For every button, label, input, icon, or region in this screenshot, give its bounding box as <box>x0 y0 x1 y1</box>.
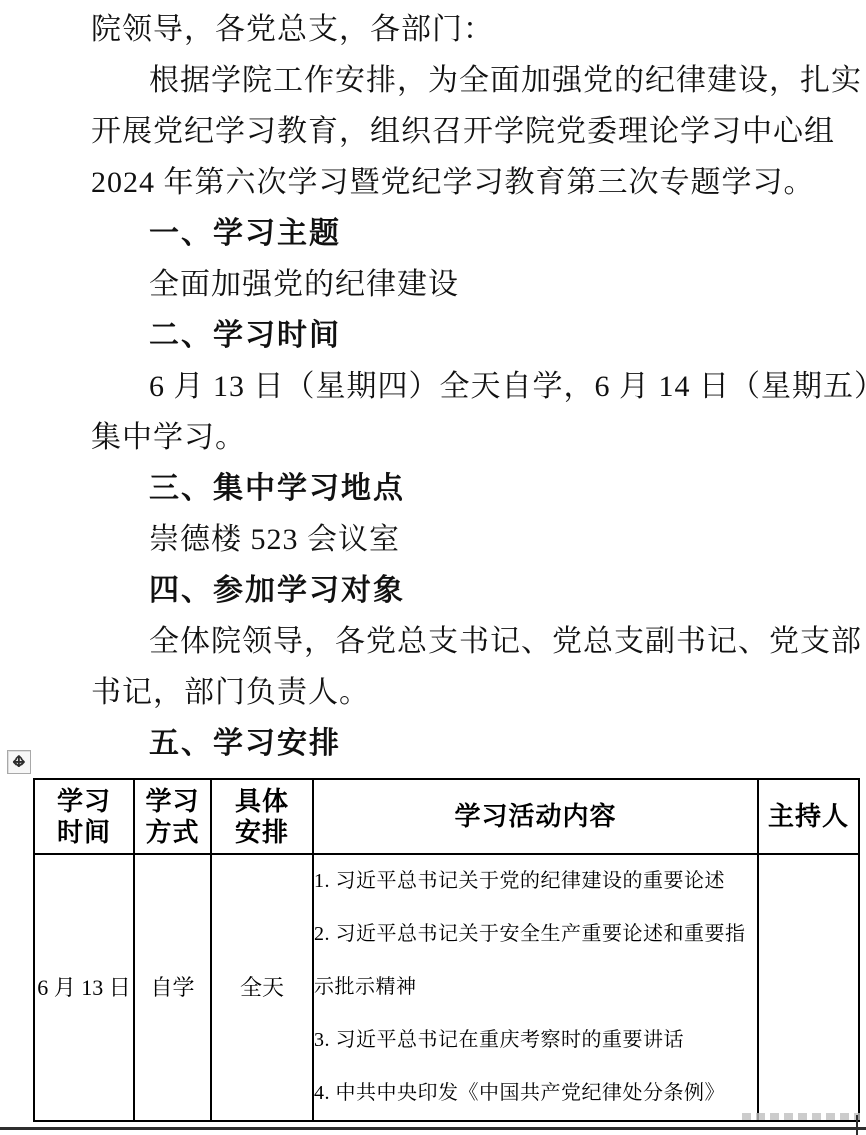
header-line: 安排 <box>212 817 312 848</box>
section-heading-participants: 四、参加学习对象 <box>91 565 831 616</box>
content-item: 4. 中共中央印发《中国共产党纪律处分条例》 <box>314 1067 757 1120</box>
section-body-line: 全体院领导，各党总支书记、党总支副书记、党支部 <box>91 616 831 667</box>
header-cell-method: 学习 方式 <box>134 779 211 854</box>
section-body-line: 全面加强党的纪律建设 <box>91 259 831 310</box>
cell-method: 自学 <box>134 854 211 1121</box>
learning-schedule-table: 学习 时间 学习 方式 具体 安排 学习活动内容 主持人 6 月 13 日 自学… <box>33 778 860 1122</box>
header-line: 主持人 <box>759 801 858 832</box>
section-heading-time: 二、学习时间 <box>91 310 831 361</box>
header-line: 学习活动内容 <box>314 801 757 832</box>
table-row: 6 月 13 日 自学 全天 1. 习近平总书记关于党的纪律建设的重要论述 2.… <box>34 854 859 1121</box>
section-heading-topic: 一、学习主题 <box>91 208 831 259</box>
cell-host <box>758 854 859 1121</box>
watermark-artifact <box>742 1113 860 1120</box>
header-line: 学习 <box>35 786 133 817</box>
header-line: 方式 <box>135 817 210 848</box>
section-body-line: 集中学习。 <box>91 412 831 463</box>
section-heading-schedule: 五、学习安排 <box>91 718 831 769</box>
section-heading-place: 三、集中学习地点 <box>91 463 831 514</box>
table-border-stub <box>856 1115 858 1135</box>
content-item: 2. 习近平总书记关于安全生产重要论述和重要指示批示精神 <box>314 908 757 1014</box>
cell-content: 1. 习近平总书记关于党的纪律建设的重要论述 2. 习近平总书记关于安全生产重要… <box>313 854 758 1121</box>
salutation-line: 院领导，各党总支，各部门： <box>91 4 831 55</box>
section-body-line: 6 月 13 日（星期四）全天自学，6 月 14 日（星期五） <box>91 361 831 412</box>
table-move-handle[interactable]: ↔ ↕ <box>7 750 31 774</box>
header-line: 时间 <box>35 817 133 848</box>
header-cell-arrangement: 具体 安排 <box>211 779 313 854</box>
header-line: 学习 <box>135 786 210 817</box>
content-item: 3. 习近平总书记在重庆考察时的重要讲话 <box>314 1014 757 1067</box>
page-break-line <box>0 1127 866 1130</box>
section-body-line: 书记，部门负责人。 <box>91 667 831 718</box>
intro-line: 2024 年第六次学习暨党纪学习教育第三次专题学习。 <box>91 157 831 208</box>
move-vertical-icon: ↕ <box>8 751 30 773</box>
document-text: 院领导，各党总支，各部门： 根据学院工作安排，为全面加强党的纪律建设，扎实 开展… <box>91 4 831 769</box>
document-page: 院领导，各党总支，各部门： 根据学院工作安排，为全面加强党的纪律建设，扎实 开展… <box>0 0 866 1135</box>
cell-time: 6 月 13 日 <box>34 854 134 1121</box>
header-cell-time: 学习 时间 <box>34 779 134 854</box>
cell-schedule: 全天 <box>211 854 313 1121</box>
intro-line: 根据学院工作安排，为全面加强党的纪律建设，扎实 <box>91 55 831 106</box>
intro-line: 开展党纪学习教育，组织召开学院党委理论学习中心组 <box>91 106 831 157</box>
header-cell-host: 主持人 <box>758 779 859 854</box>
header-line: 具体 <box>212 786 312 817</box>
table-header-row: 学习 时间 学习 方式 具体 安排 学习活动内容 主持人 <box>34 779 859 854</box>
content-item: 1. 习近平总书记关于党的纪律建设的重要论述 <box>314 855 757 908</box>
section-body-line: 崇德楼 523 会议室 <box>91 514 831 565</box>
header-cell-content: 学习活动内容 <box>313 779 758 854</box>
